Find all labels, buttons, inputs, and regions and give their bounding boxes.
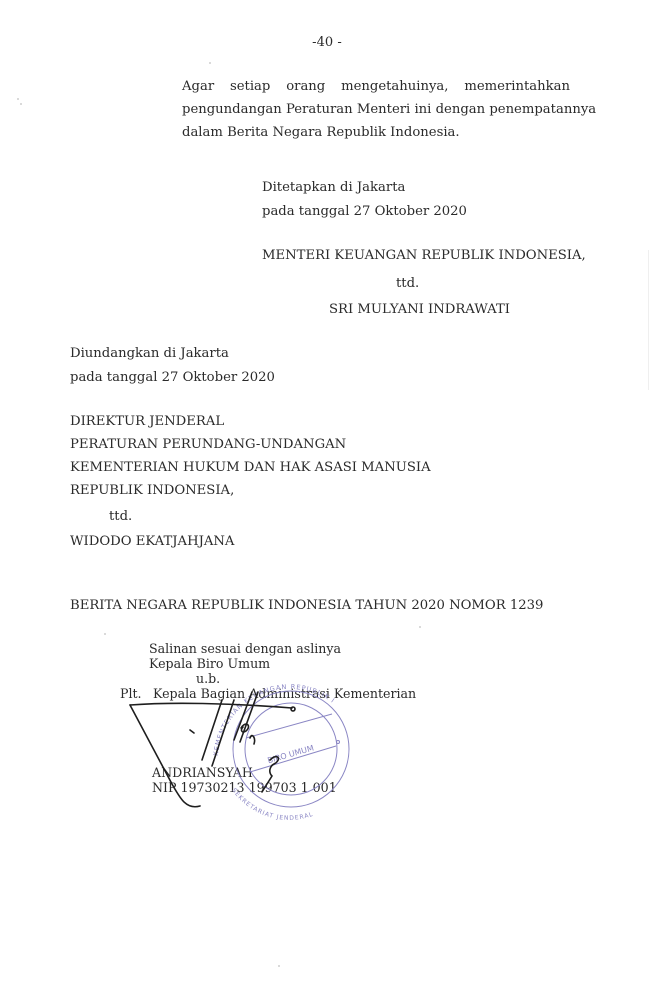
promulgation-office-line: DIREKTUR JENDERAL [70, 414, 224, 429]
paragraph-line: Agarsetiaporangmengetahuinya,memerintahk… [182, 75, 570, 98]
scan-speck [20, 103, 22, 105]
certifier-nip: NIP 19730213 199703 1 001 [152, 780, 337, 795]
certification-line: u.b. [196, 671, 220, 686]
promulgation-signed: ttd. [109, 509, 132, 524]
enactment-date: pada tanggal 27 Oktober 2020 [262, 204, 467, 219]
promulgation-signatory-name: WIDODO EKATJAHJANA [70, 534, 234, 549]
promulgation-office-line: PERATURAN PERUNDANG-UNDANGAN [70, 437, 346, 452]
gazette-reference: BERITA NEGARA REPUBLIK INDONESIA TAHUN 2… [70, 598, 543, 613]
scan-speck [104, 633, 106, 635]
enactment-signed: ttd. [396, 276, 419, 291]
certification-line: Kepala Biro Umum [149, 656, 270, 671]
promulgation-office-line: KEMENTERIAN HUKUM DAN HAK ASASI MANUSIA [70, 460, 431, 475]
paragraph-word: Agar [182, 75, 214, 98]
paragraph-word: orang [286, 75, 325, 98]
closing-paragraph: Agarsetiaporangmengetahuinya,memerintahk… [182, 75, 570, 144]
certification-line: Salinan sesuai dengan aslinya [149, 641, 341, 656]
enactment-place: Ditetapkan di Jakarta [262, 180, 405, 195]
handwritten-signature [0, 0, 654, 1000]
paragraph-word: setiap [230, 75, 270, 98]
scan-speck [209, 62, 211, 64]
stamp-star-icon [337, 741, 340, 744]
paragraph-word: memerintahkan [464, 75, 570, 98]
promulgation-place: Diundangkan di Jakarta [70, 346, 229, 361]
scan-speck [278, 965, 280, 967]
svg-text:BIRO UMUM: BIRO UMUM [266, 743, 314, 765]
certification-prefix: Plt. [120, 686, 142, 701]
paragraph-word: mengetahuinya, [341, 75, 448, 98]
enactment-office: MENTERI KEUANGAN REPUBLIK INDONESIA, [262, 248, 586, 263]
paragraph-line: dalam Berita Negara Republik Indonesia. [182, 121, 570, 144]
scan-speck [17, 98, 19, 100]
promulgation-office-line: REPUBLIK INDONESIA, [70, 483, 234, 498]
page-number: -40 - [0, 35, 654, 50]
enactment-signatory-name: SRI MULYANI INDRAWATI [329, 302, 510, 317]
paragraph-line: pengundangan Peraturan Menteri ini denga… [182, 98, 570, 121]
certification-line: Kepala Bagian Administrasi Kementerian [153, 686, 416, 701]
scan-speck [419, 626, 421, 628]
official-stamp: KEMENTERIAN KEUANGAN REPUBLIK INDONESIA … [0, 0, 654, 1000]
certifier-name: ANDRIANSYAH [152, 765, 253, 780]
promulgation-date: pada tanggal 27 Oktober 2020 [70, 370, 275, 385]
scan-edge-shadow [648, 250, 649, 390]
